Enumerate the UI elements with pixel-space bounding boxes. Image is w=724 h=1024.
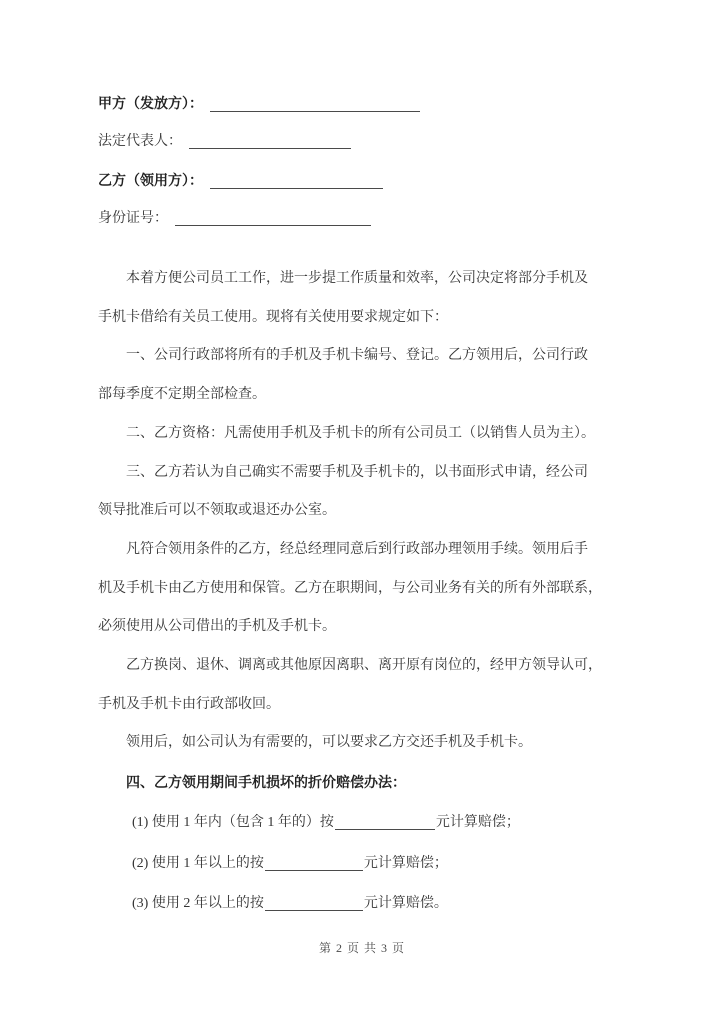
clause-3-line-1: 三、乙方若认为自己确实不需要手机及手机卡的，以书面形式申请，经公司 — [98, 454, 664, 493]
clause-3-line-2: 领导批准后可以不领取或退还办公室。 — [98, 492, 664, 531]
item-1-blank — [335, 815, 435, 830]
item-3-text-0: (3) 使用 2 年以上的按 — [132, 896, 264, 911]
item-3-blank — [265, 896, 363, 911]
header-fields: 甲方（发放方）：法定代表人：乙方（领用方）：身份证号： — [98, 84, 664, 239]
page-number-footer: 第 2 页 共 3 页 — [0, 940, 724, 956]
party-a-field-label: 甲方（发放方）： — [98, 95, 203, 111]
item-3-text-2: 元计算赔偿。 — [364, 896, 448, 911]
intro-line-2: 手机卡借给有关员工使用。现将有关使用要求规定如下： — [98, 299, 664, 338]
item-2: (2) 使用 1 年以上的按元计算赔偿； — [98, 845, 664, 884]
party-b-field-blank — [210, 174, 383, 189]
para-line-1: 凡符合领用条件的乙方，经总经理同意后到行政部办理领用手续。领用后手 — [98, 531, 664, 570]
legal-rep-field: 法定代表人： — [98, 123, 664, 162]
clause-4-title: 四、乙方领用期间手机损坏的折价赔偿办法： — [98, 763, 664, 802]
party-a-field: 甲方（发放方）： — [98, 84, 664, 123]
id-number-field-label: 身份证号： — [98, 211, 168, 226]
id-number-field: 身份证号： — [98, 200, 664, 239]
intro-line-1: 本着方便公司员工工作，进一步提工作质量和效率，公司决定将部分手机及 — [98, 260, 664, 299]
item-1-text-2: 元计算赔偿； — [436, 815, 520, 830]
legal-rep-field-label: 法定代表人： — [98, 134, 182, 149]
item-3: (3) 使用 2 年以上的按元计算赔偿。 — [98, 885, 664, 924]
legal-rep-field-blank — [189, 134, 351, 149]
item-2-text-2: 元计算赔偿； — [364, 856, 448, 871]
para2-line-2: 手机及手机卡由行政部收回。 — [98, 686, 664, 725]
para-line-2: 机及手机卡由乙方使用和保管。乙方在职期间，与公司业务有关的所有外部联系， — [98, 570, 664, 609]
para3-line-1: 领用后，如公司认为有需要的，可以要求乙方交还手机及手机卡。 — [98, 724, 664, 763]
para-line-3: 必须使用从公司借出的手机及手机卡。 — [98, 608, 664, 647]
clause-1-line-2: 部每季度不定期全部检查。 — [98, 376, 664, 415]
contract-document-page: 甲方（发放方）：法定代表人：乙方（领用方）：身份证号： 本着方便公司员工工作，进… — [0, 0, 724, 1024]
party-a-field-blank — [210, 97, 420, 112]
document-body: 本着方便公司员工工作，进一步提工作质量和效率，公司决定将部分手机及手机卡借给有关… — [98, 260, 664, 924]
clause-2-line-1: 二、乙方资格：凡需使用手机及手机卡的所有公司员工（以销售人员为主）。 — [98, 415, 664, 454]
item-1-text-0: (1) 使用 1 年内（包含 1 年的）按 — [132, 815, 334, 830]
item-1: (1) 使用 1 年内（包含 1 年的）按元计算赔偿； — [98, 804, 664, 843]
para2-line-1: 乙方换岗、退休、调离或其他原因离职、离开原有岗位的，经甲方领导认可， — [98, 647, 664, 686]
item-2-text-0: (2) 使用 1 年以上的按 — [132, 856, 264, 871]
item-2-blank — [265, 856, 363, 871]
party-b-field-label: 乙方（领用方）： — [98, 172, 203, 188]
clause-1-line-1: 一、公司行政部将所有的手机及手机卡编号、登记。乙方领用后，公司行政 — [98, 337, 664, 376]
party-b-field: 乙方（领用方）： — [98, 161, 664, 200]
id-number-field-blank — [175, 211, 371, 226]
